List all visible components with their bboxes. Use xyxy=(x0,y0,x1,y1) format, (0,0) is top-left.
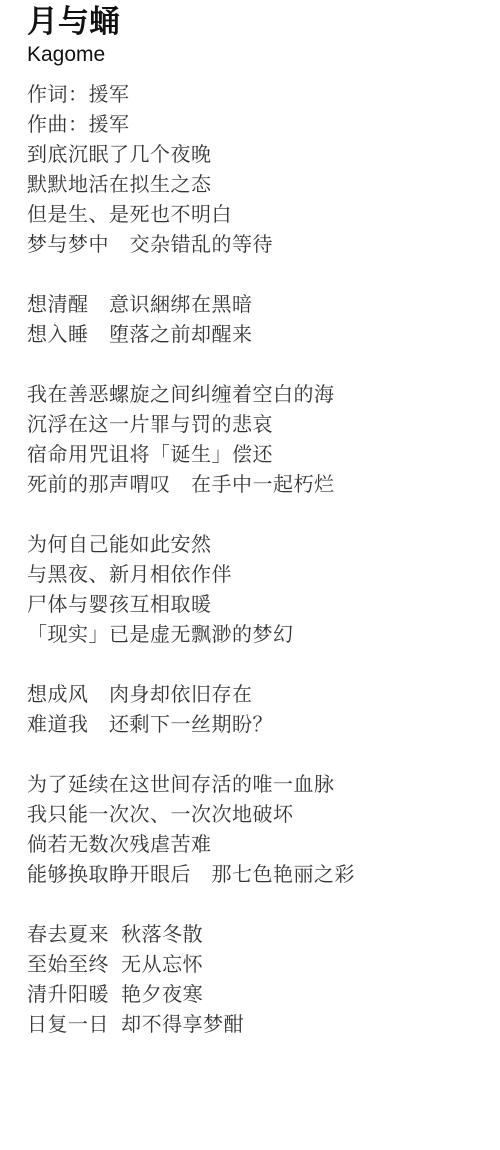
lyric-line: 沉浮在这一片罪与罚的悲哀 xyxy=(27,410,480,440)
lyric-line: 到底沉眠了几个夜晚 xyxy=(27,140,480,170)
stanza-break xyxy=(27,500,480,530)
lyric-line: 但是生、是死也不明白 xyxy=(27,200,480,230)
lyric-line: 我在善恶螺旋之间纠缠着空白的海 xyxy=(27,380,480,410)
lyric-line: 作曲：援军 xyxy=(27,110,480,140)
lyric-line: 为何自己能如此安然 xyxy=(27,530,480,560)
lyric-line: 宿命用咒诅将「诞生」偿还 xyxy=(27,440,480,470)
lyric-line: 作词：援军 xyxy=(27,80,480,110)
lyric-line: 我只能一次次、一次次地破坏 xyxy=(27,800,480,830)
lyric-line: 日复一日 却不得享梦酣 xyxy=(27,1010,480,1040)
lyric-line: 能够换取睁开眼后 那七色艳丽之彩 xyxy=(27,860,480,890)
artist-name: Kagome xyxy=(27,42,480,68)
stanza-break xyxy=(27,350,480,380)
lyric-line: 想清醒 意识綑绑在黑暗 xyxy=(27,290,480,320)
lyric-line: 默默地活在拟生之态 xyxy=(27,170,480,200)
lyric-line: 春去夏来 秋落冬散 xyxy=(27,920,480,950)
lyrics-container: 作词：援军作曲：援军到底沉眠了几个夜晚默默地活在拟生之态但是生、是死也不明白梦与… xyxy=(27,80,480,1040)
lyric-line: 倘若无数次残虐苦难 xyxy=(27,830,480,860)
song-title: 月与蛹 xyxy=(27,2,480,42)
lyric-line: 死前的那声喟叹 在手中一起朽烂 xyxy=(27,470,480,500)
lyric-line: 为了延续在这世间存活的唯一血脉 xyxy=(27,770,480,800)
lyric-line: 尸体与婴孩互相取暖 xyxy=(27,590,480,620)
lyric-line: 梦与梦中 交杂错乱的等待 xyxy=(27,230,480,260)
stanza-break xyxy=(27,740,480,770)
lyric-line: 难道我 还剩下一丝期盼？ xyxy=(27,710,480,740)
stanza-break xyxy=(27,650,480,680)
lyric-line: 想成风 肉身却依旧存在 xyxy=(27,680,480,710)
lyric-line: 「现实」已是虚无飘渺的梦幻 xyxy=(27,620,480,650)
stanza-break xyxy=(27,260,480,290)
lyrics-page: 月与蛹 Kagome 作词：援军作曲：援军到底沉眠了几个夜晚默默地活在拟生之态但… xyxy=(0,0,500,1040)
lyric-line: 想入睡 堕落之前却醒来 xyxy=(27,320,480,350)
lyric-line: 至始至终 无从忘怀 xyxy=(27,950,480,980)
stanza-break xyxy=(27,890,480,920)
lyric-line: 清升阳暖 艳夕夜寒 xyxy=(27,980,480,1010)
lyric-line: 与黑夜、新月相依作伴 xyxy=(27,560,480,590)
